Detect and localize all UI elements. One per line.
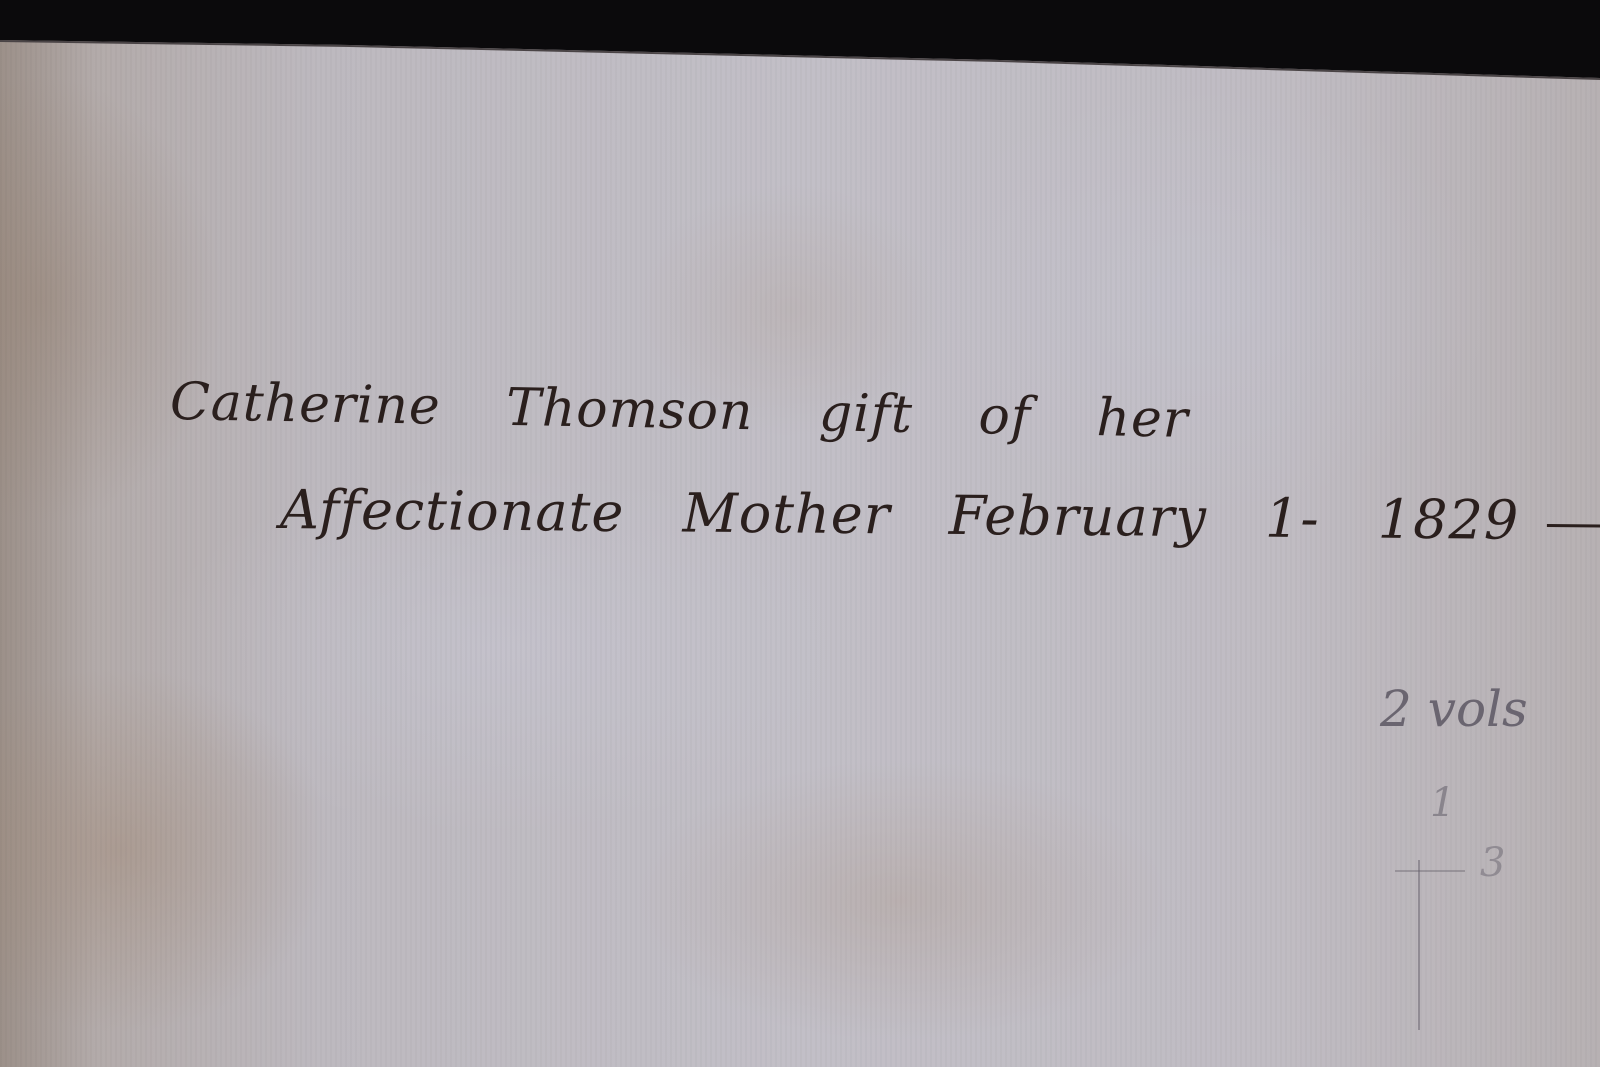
inscription-word: her: [1096, 388, 1189, 450]
pencil-volume-note: 2 vols: [1380, 680, 1528, 738]
inscription-word: Thomson: [506, 378, 754, 442]
pencil-vertical-stroke: [1418, 860, 1420, 1030]
inscription-word: Mother: [682, 482, 891, 547]
inscription-date-year: 1829: [1378, 488, 1520, 552]
closing-dash: [1547, 524, 1600, 528]
pencil-mark: 3: [1480, 840, 1505, 886]
inscription-word: gift: [818, 383, 913, 445]
inscription-word: Affectionate: [280, 478, 625, 544]
inscription-date-month: February: [948, 484, 1207, 549]
inscription-word: of: [978, 386, 1032, 447]
inscription-line-2: Affectionate Mother February 1- 1829: [280, 478, 1600, 553]
inscription-word: Catherine: [169, 372, 441, 437]
inscription-date-day: 1-: [1265, 487, 1320, 550]
pencil-mark: 1: [1430, 780, 1455, 826]
pencil-horizontal-stroke: [1395, 870, 1465, 872]
